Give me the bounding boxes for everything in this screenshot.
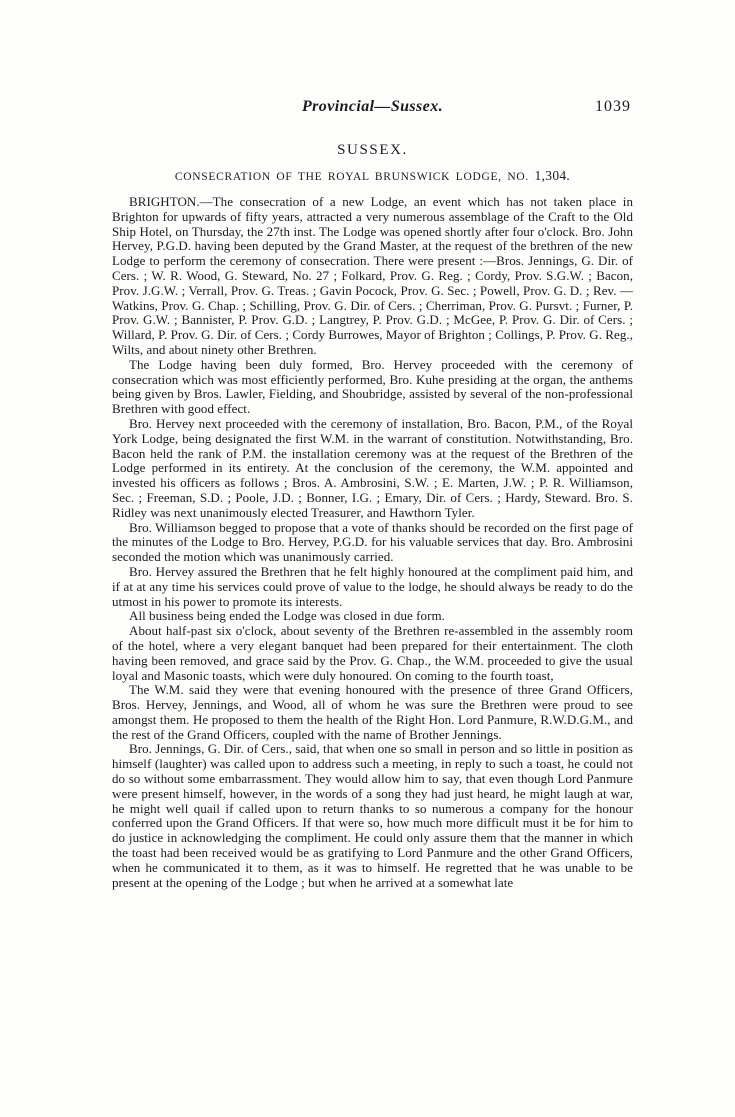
article-heading-text: CONSECRATION OF THE ROYAL BRUNSWICK LODG… xyxy=(175,171,529,183)
scanned-page: Provincial—Sussex. 1039 SUSSEX. CONSECRA… xyxy=(0,0,735,1117)
article-paragraph: Bro. Jennings, G. Dir. of Cers., said, t… xyxy=(112,742,633,890)
masthead-row: Provincial—Sussex. 1039 xyxy=(112,98,633,118)
article-heading-lodge-number: 1,304. xyxy=(535,168,571,183)
article-paragraph: Bro. Hervey next proceeded with the cere… xyxy=(112,417,633,521)
article-body: BRIGHTON.—The consecration of a new Lodg… xyxy=(112,195,633,890)
article-heading: CONSECRATION OF THE ROYAL BRUNSWICK LODG… xyxy=(112,168,633,184)
page-number: 1039 xyxy=(595,98,631,116)
article-paragraph: The Lodge having been duly formed, Bro. … xyxy=(112,358,633,417)
article-paragraph: About half-past six o'clock, about seven… xyxy=(112,624,633,683)
article-paragraph: Bro. Williamson begged to propose that a… xyxy=(112,521,633,565)
running-header: Provincial—Sussex. xyxy=(112,98,633,116)
article-paragraph: BRIGHTON.—The consecration of a new Lodg… xyxy=(112,195,633,358)
article-paragraph: All business being ended the Lodge was c… xyxy=(112,609,633,624)
text-column: Provincial—Sussex. 1039 SUSSEX. CONSECRA… xyxy=(112,98,633,890)
article-paragraph: Bro. Hervey assured the Brethren that he… xyxy=(112,565,633,609)
article-paragraph: The W.M. said they were that evening hon… xyxy=(112,683,633,742)
section-heading: SUSSEX. xyxy=(112,142,633,159)
